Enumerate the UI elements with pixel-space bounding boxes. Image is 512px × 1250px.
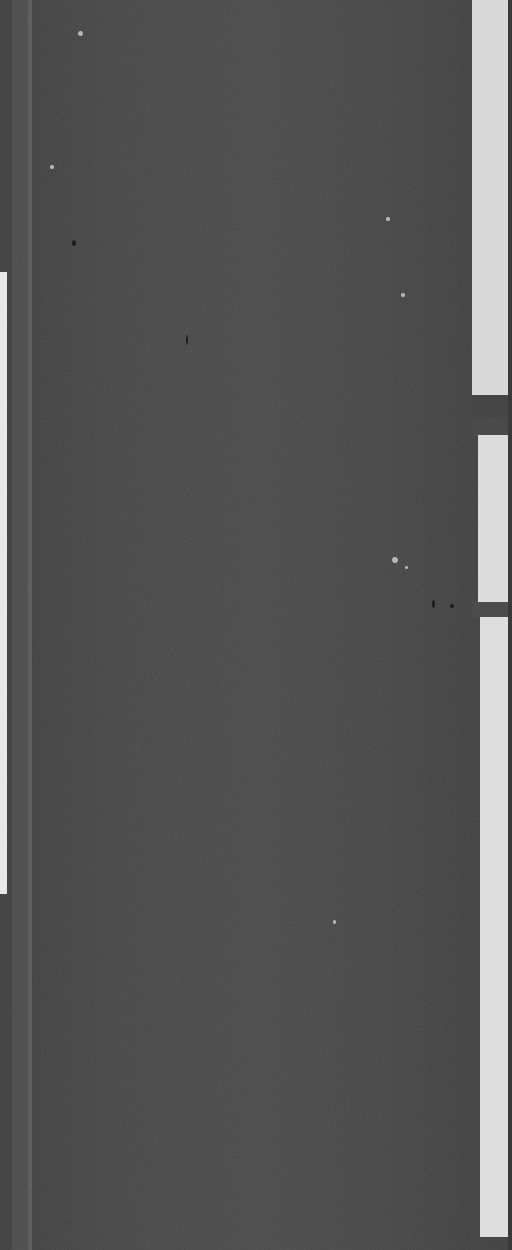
debris-speck xyxy=(392,557,398,563)
lane-marking-2 xyxy=(478,435,512,602)
road-aerial-photo xyxy=(0,0,512,1250)
right-edge xyxy=(508,0,512,1250)
oil-spot xyxy=(186,335,188,345)
debris-speck xyxy=(78,31,83,36)
oil-spot xyxy=(72,240,76,246)
debris-speck xyxy=(333,920,336,924)
pavement-seam-line xyxy=(28,0,32,1250)
debris-speck xyxy=(386,217,390,221)
left-edge-line xyxy=(0,272,7,894)
debris-speck xyxy=(401,293,405,297)
marking-gap xyxy=(472,602,512,617)
asphalt-texture xyxy=(0,0,512,1250)
marking-gap xyxy=(472,418,512,435)
oil-spot xyxy=(450,604,454,608)
oil-spot xyxy=(432,600,435,608)
lane-marking-1 xyxy=(472,0,508,395)
marking-gap xyxy=(472,395,512,415)
debris-speck xyxy=(405,566,408,569)
debris-speck xyxy=(50,165,54,169)
